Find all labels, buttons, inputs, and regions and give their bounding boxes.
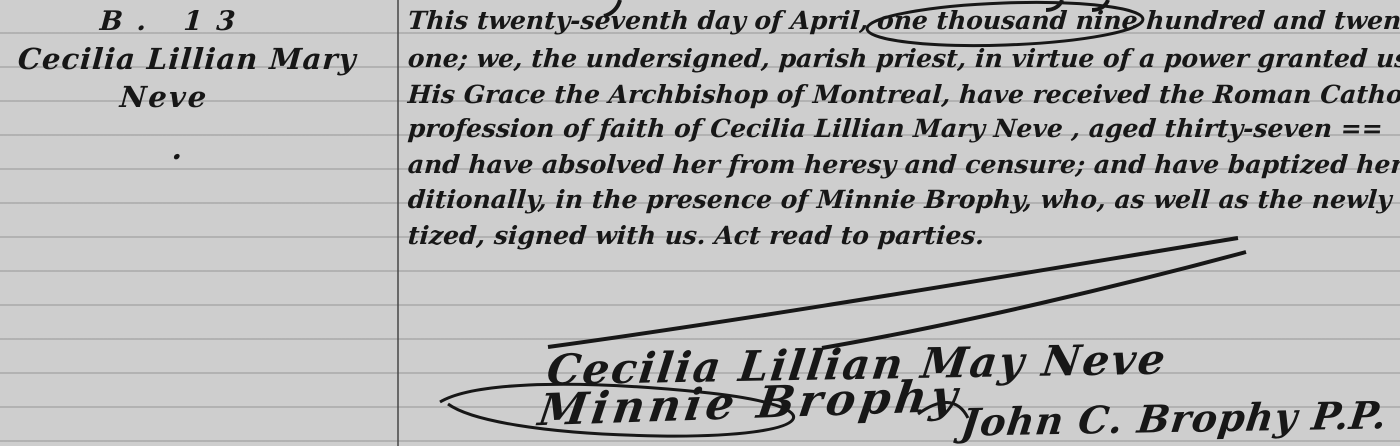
margin-name-line-2: Neve: [119, 80, 210, 114]
margin-ink-dot: .: [171, 132, 184, 167]
entry-line-2: one; we, the undersigned, parish priest,…: [407, 44, 1400, 73]
diagonal-filler-stroke-upper: [548, 238, 1238, 347]
entry-line-1: This twenty-seventh day of April, one th…: [407, 6, 1400, 35]
entry-line-7: tized, signed with us. Act read to parti…: [407, 221, 985, 250]
register-page: B. 13 Cecilia Lillian Mary Neve . This t…: [0, 0, 1400, 446]
signature-priest: John C. Brophy P.P.: [959, 392, 1390, 444]
margin-name-line-1: Cecilia Lillian Mary: [17, 42, 358, 76]
entry-line-5: and have absolved her from heresy and ce…: [407, 150, 1400, 179]
entry-line-4: profession of faith of Cecilia Lillian M…: [407, 114, 1384, 143]
entry-line-6: ditionally, in the presence of Minnie Br…: [407, 185, 1400, 214]
margin-rule-divider: [397, 0, 399, 446]
diagonal-filler-stroke-lower: [822, 252, 1246, 348]
entry-number: B. 13: [99, 6, 250, 37]
entry-line-3: His Grace the Archbishop of Montreal, ha…: [407, 80, 1400, 109]
